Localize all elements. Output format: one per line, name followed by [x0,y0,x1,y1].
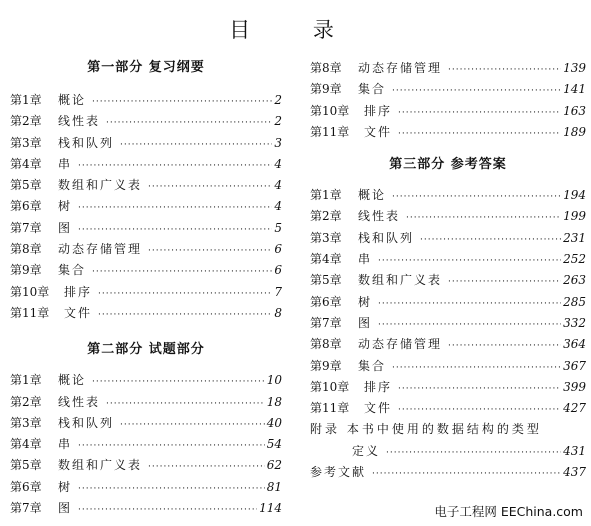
chapter-name: 集合 [58,260,86,281]
chapter-name: 概论 [58,90,86,111]
page-number: 263 [563,270,586,291]
toc-entry[interactable]: 第7章图114 [10,498,282,519]
leader-dots [398,379,561,400]
chapter-number: 第5章 [10,455,58,476]
toc-entry[interactable]: 第4章串54 [10,434,282,455]
toc-entry[interactable]: 第1章概论2 [10,90,282,111]
page-number: 285 [563,292,586,313]
toc-entry-references[interactable]: 参考文献 437 [310,462,586,483]
toc-entry[interactable]: 第8章动态存储管理364 [310,334,586,355]
page-number: 163 [563,101,586,122]
leader-dots [148,241,272,262]
chapter-name: 图 [358,313,372,334]
toc-entry[interactable]: 第1章概论194 [310,185,586,206]
chapter-name: 文件 [64,303,92,324]
part1-heading: 第一部分 复习纲要 [10,58,282,78]
right-column: 第8章动态存储管理139第9章集合141第10章排序163第11章文件189 第… [310,58,586,483]
chapter-number: 第9章 [10,260,58,281]
page-number: 194 [563,185,586,206]
chapter-number: 第3章 [10,133,58,154]
leader-dots [78,198,272,219]
chapter-number: 第2章 [10,392,58,413]
chapter-number: 第6章 [10,477,58,498]
leader-dots [372,464,561,485]
chapter-name: 线性表 [58,392,100,413]
page-number: 139 [563,58,586,79]
leader-dots [98,305,272,326]
leader-dots [78,500,257,521]
page-number: 364 [563,334,586,355]
leader-dots [106,394,265,415]
page-number: 141 [563,79,586,100]
page-number: 252 [563,249,586,270]
toc-entry[interactable]: 第8章动态存储管理139 [310,58,586,79]
leader-dots [448,272,561,293]
appendix-page: 431 [563,441,586,462]
chapter-number: 第10章 [10,282,64,303]
chapter-number: 第3章 [310,228,358,249]
toc-entry[interactable]: 第11章文件189 [310,122,586,143]
page-number: 5 [274,218,282,239]
chapter-number: 第9章 [310,356,358,377]
leader-dots [148,177,272,198]
chapter-name: 栈和队列 [358,228,414,249]
chapter-name: 树 [58,196,72,217]
chapter-name: 数组和广义表 [58,455,142,476]
chapter-name: 集合 [358,79,386,100]
page-number: 8 [274,303,282,324]
page-number: 2 [274,90,282,111]
page-number: 40 [267,413,282,434]
chapter-number: 第4章 [10,154,58,175]
leader-dots [78,436,265,457]
toc-entry[interactable]: 第5章数组和广义表62 [10,455,282,476]
chapter-name: 数组和广义表 [358,270,442,291]
chapter-name: 栈和队列 [58,133,114,154]
chapter-number: 第7章 [10,218,58,239]
chapter-name: 概论 [358,185,386,206]
chapter-name: 文件 [364,398,392,419]
toc-entry[interactable]: 第5章数组和广义表4 [10,175,282,196]
leader-dots [406,208,561,229]
chapter-number: 第7章 [10,498,58,519]
chapter-number: 第8章 [310,58,358,79]
chapter-name: 排序 [64,282,92,303]
toc-entry[interactable]: 第10章排序7 [10,282,282,303]
chapter-name: 图 [58,218,72,239]
references-name: 参考文献 [310,462,366,483]
chapter-number: 第11章 [310,398,364,419]
page-title: 目 录 [0,14,591,44]
chapter-number: 第11章 [10,303,64,324]
chapter-number: 第1章 [10,90,58,111]
leader-dots [392,358,561,379]
chapter-name: 集合 [358,356,386,377]
chapter-name: 串 [58,154,72,175]
toc-entry[interactable]: 第11章文件427 [310,398,586,419]
chapter-name: 树 [358,292,372,313]
leader-dots [378,294,561,315]
chapter-number: 第1章 [310,185,358,206]
page-number: 114 [259,498,282,519]
chapter-name: 动态存储管理 [358,58,442,79]
chapter-name: 线性表 [58,111,100,132]
chapter-number: 第10章 [310,377,364,398]
page-number: 332 [563,313,586,334]
toc-entry[interactable]: 第1章概论10 [10,370,282,391]
page-number: 367 [563,356,586,377]
leader-dots [392,81,561,102]
chapter-number: 第5章 [10,175,58,196]
toc-entry[interactable]: 第4章串4 [10,154,282,175]
chapter-number: 第9章 [310,79,358,100]
page-number: 399 [563,377,586,398]
page-number: 3 [274,133,282,154]
toc-entry[interactable]: 第3章栈和队列231 [310,228,586,249]
chapter-number: 第10章 [310,101,364,122]
toc-entry[interactable]: 第8章动态存储管理6 [10,239,282,260]
chapter-number: 第2章 [310,206,358,227]
toc-entry[interactable]: 第10章排序399 [310,377,586,398]
page-number: 62 [267,455,282,476]
toc-entry[interactable]: 第10章排序163 [310,101,586,122]
chapter-number: 第11章 [310,122,364,143]
page-number: 4 [274,154,282,175]
toc-entry[interactable]: 第2章线性表18 [10,392,282,413]
page-number: 81 [267,477,282,498]
leader-dots [106,113,272,134]
page-number: 18 [267,392,282,413]
appendix-line2: 定义 [310,441,380,462]
toc-entry[interactable]: 第7章图332 [310,313,586,334]
part2-heading: 第二部分 试题部分 [10,340,282,360]
left-column: 第一部分 复习纲要 第1章概论2第2章线性表2第3章栈和队列3第4章串4第5章数… [10,58,282,519]
chapter-number: 第1章 [10,370,58,391]
page-number: 6 [274,260,282,281]
chapter-name: 排序 [364,101,392,122]
page-number: 231 [563,228,586,249]
leader-dots [398,124,561,145]
leader-dots [92,372,265,393]
toc-entry[interactable]: 第11章文件8 [10,303,282,324]
toc-entry-appendix[interactable]: 定义 431 [310,441,586,462]
appendix-line1: 附录 本书中使用的数据结构的类型 [310,419,586,440]
leader-dots [398,103,561,124]
page-number: 6 [274,239,282,260]
toc-entry[interactable]: 第5章数组和广义表263 [310,270,586,291]
toc-entry[interactable]: 第6章树285 [310,292,586,313]
toc-entry[interactable]: 第9章集合367 [310,356,586,377]
toc-entry[interactable]: 第9章集合141 [310,79,586,100]
leader-dots [98,284,272,305]
page-number: 199 [563,206,586,227]
leader-dots [78,220,272,241]
page-number: 10 [267,370,282,391]
chapter-number: 第7章 [310,313,358,334]
leader-dots [420,230,561,251]
toc-entry[interactable]: 第3章栈和队列3 [10,133,282,154]
leader-dots [92,92,272,113]
page-number: 4 [274,175,282,196]
chapter-name: 概论 [58,370,86,391]
leader-dots [392,187,561,208]
leader-dots [386,443,561,464]
page-number: 4 [274,196,282,217]
chapter-name: 数组和广义表 [58,175,142,196]
leader-dots [78,156,272,177]
chapter-name: 文件 [364,122,392,143]
leader-dots [378,315,561,336]
toc-entry[interactable]: 第6章树81 [10,477,282,498]
leader-dots [78,479,265,500]
chapter-name: 图 [58,498,72,519]
toc-entry[interactable]: 第9章集合6 [10,260,282,281]
toc-entry[interactable]: 第6章树4 [10,196,282,217]
leader-dots [120,415,265,436]
chapter-name: 串 [58,434,72,455]
chapter-name: 动态存储管理 [358,334,442,355]
chapter-name: 线性表 [358,206,400,227]
watermark: 电子工程网 EEChina.com [434,502,583,520]
chapter-name: 排序 [364,377,392,398]
leader-dots [448,60,561,81]
chapter-name: 动态存储管理 [58,239,142,260]
chapter-number: 第6章 [310,292,358,313]
leader-dots [120,135,272,156]
toc-entry[interactable]: 第3章栈和队列40 [10,413,282,434]
toc-entry[interactable]: 第7章图5 [10,218,282,239]
part3-heading: 第三部分 参考答案 [310,155,586,175]
references-page: 437 [563,462,586,483]
chapter-number: 第4章 [10,434,58,455]
toc-entry[interactable]: 第2章线性表199 [310,206,586,227]
leader-dots [398,400,561,421]
page-number: 189 [563,122,586,143]
toc-entry[interactable]: 第4章串252 [310,249,586,270]
chapter-number: 第5章 [310,270,358,291]
page-number: 54 [267,434,282,455]
page-number: 7 [274,282,282,303]
chapter-number: 第4章 [310,249,358,270]
chapter-number: 第2章 [10,111,58,132]
chapter-number: 第8章 [310,334,358,355]
chapter-name: 树 [58,477,72,498]
leader-dots [378,251,561,272]
chapter-number: 第8章 [10,239,58,260]
leader-dots [448,336,561,357]
leader-dots [92,262,272,283]
chapter-number: 第6章 [10,196,58,217]
page-number: 427 [563,398,586,419]
chapter-number: 第3章 [10,413,58,434]
leader-dots [148,457,265,478]
toc-entry[interactable]: 第2章线性表2 [10,111,282,132]
page-number: 2 [274,111,282,132]
chapter-name: 串 [358,249,372,270]
chapter-name: 栈和队列 [58,413,114,434]
